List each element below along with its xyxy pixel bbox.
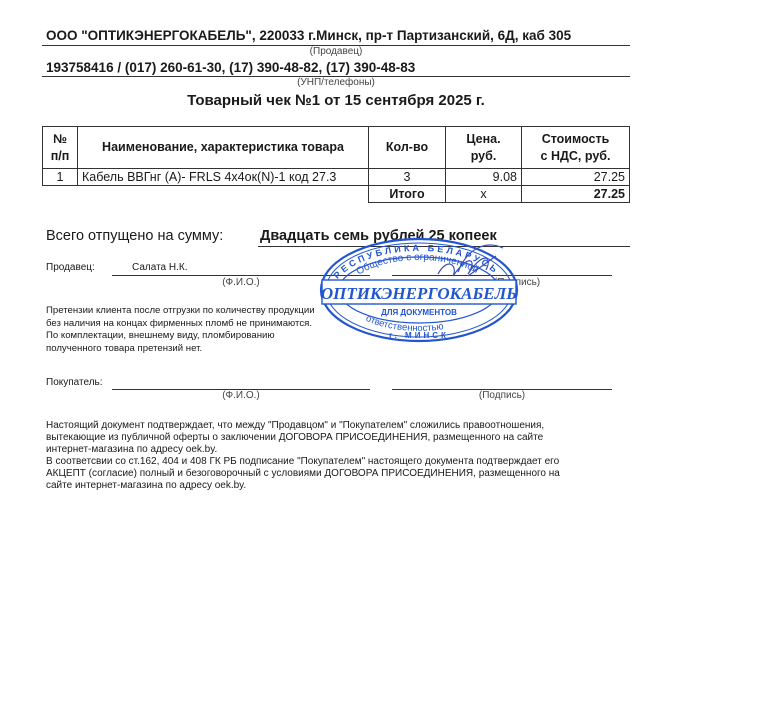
- contacts-line: 193758416 / (017) 260-61-30, (17) 390-48…: [46, 60, 415, 75]
- total-label: Итого: [369, 186, 446, 203]
- page-title: Товарный чек №1 от 15 сентября 2025 г.: [42, 92, 630, 109]
- svg-text:ОПТИКЭНЕРГОКАБЕЛЬ: ОПТИКЭНЕРГОКАБЕЛЬ: [321, 284, 517, 303]
- buyer-sign-caption: (Подпись): [392, 390, 612, 401]
- header-name: Наименование, характеристика товара: [78, 127, 369, 169]
- svg-text:г. МИНСК: г. МИНСК: [389, 331, 449, 340]
- cell-cost: 27.25: [522, 169, 630, 186]
- seller-line: ООО "ОПТИКЭНЕРГОКАБЕЛЬ", 220033 г.Минск,…: [46, 28, 571, 43]
- total-cost: 27.25: [522, 186, 630, 203]
- svg-text:ДЛЯ ДОКУМЕНТОВ: ДЛЯ ДОКУМЕНТОВ: [381, 308, 457, 317]
- header-price: Цена.руб.: [446, 127, 522, 169]
- seller-caption: (Продавец): [42, 46, 630, 57]
- buyer-fio-caption: (Ф.И.О.): [112, 390, 370, 401]
- table-header-row: №п/п Наименование, характеристика товара…: [43, 127, 630, 169]
- table-row: 1 Кабель ВВГнг (А)- FRLS 4х4ок(N)-1 код …: [43, 169, 630, 186]
- sum-label: Всего отпущено на сумму:: [46, 228, 223, 244]
- buyer-sign-label: Покупатель:: [46, 377, 103, 388]
- cell-num: 1: [43, 169, 78, 186]
- claims-text: Претензии клиента после отгрузки по коли…: [46, 305, 346, 355]
- cell-name: Кабель ВВГнг (А)- FRLS 4х4ок(N)-1 код 27…: [78, 169, 369, 186]
- company-stamp: РЕСПУБЛИКА БЕЛАРУСЬ Общество с ограничен…: [318, 236, 520, 344]
- items-table: №п/п Наименование, характеристика товара…: [42, 126, 630, 203]
- header-qty: Кол-во: [369, 127, 446, 169]
- header-cost: Стоимостьс НДС, руб.: [522, 127, 630, 169]
- header-num: №п/п: [43, 127, 78, 169]
- total-row: Итого x 27.25: [43, 186, 630, 203]
- seller-sign-name: Салата Н.К.: [132, 262, 187, 273]
- contacts-caption: (УНП/телефоны): [42, 77, 630, 88]
- seller-sign-label: Продавец:: [46, 262, 95, 273]
- total-price: x: [446, 186, 522, 203]
- cell-qty: 3: [369, 169, 446, 186]
- stamp-icon: РЕСПУБЛИКА БЕЛАРУСЬ Общество с ограничен…: [318, 236, 520, 344]
- legal-text: Настоящий документ подтверждает, что меж…: [46, 420, 560, 492]
- cell-price: 9.08: [446, 169, 522, 186]
